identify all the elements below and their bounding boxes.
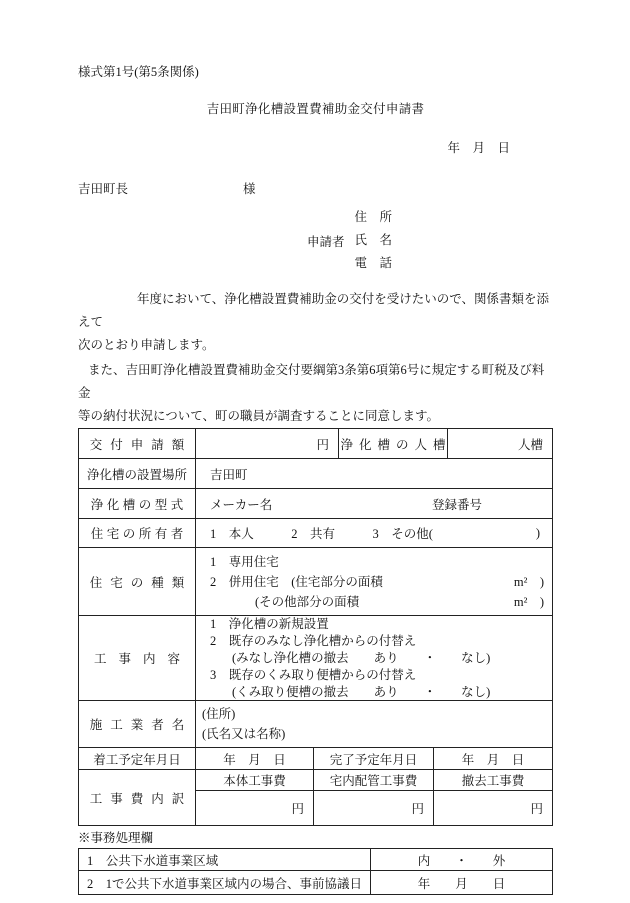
yen-unit: 円 — [316, 435, 329, 453]
model-label: 浄化槽の型式 — [79, 489, 196, 518]
work-content-row: 工事内容 1 浄化槽の新規設置 2 既存のみなし浄化槽からの付替え (みなし浄化… — [79, 616, 552, 701]
owner-close-paren: ) — [536, 526, 540, 541]
contractor-row: 施工業者名 (住所) (氏名又は名称) — [79, 701, 552, 748]
amount-label: 交付申請額 — [79, 429, 196, 458]
admin-row-2-value: 年 月 日 — [371, 871, 552, 894]
admin-table: 1 公共下水道事業区域 内 ・ 外 2 1で公共下水道事業区域内の場合、事前協議… — [78, 848, 553, 895]
start-date-field: 年 月 日 — [196, 748, 314, 769]
admin-row-1-label: 1 公共下水道事業区域 — [79, 849, 371, 870]
schedule-row: 着工予定年月日 年 月 日 完了予定年月日 年 月 日 — [79, 748, 552, 770]
owner-row: 住宅の所有者 1 本人 2 共有 3 その他( ) — [79, 519, 552, 548]
admin-row-2-label: 2 1で公共下水道事業区域内の場合、事前協議日 — [79, 871, 371, 894]
maker-name-label: メーカー名 — [210, 495, 272, 513]
work-option-2: 2 既存のみなし浄化槽からの付替え — [210, 633, 490, 650]
admin-row-sewer-area: 1 公共下水道事業区域 内 ・ 外 — [79, 849, 552, 871]
application-table: 交付申請額 円 浄化槽の人槽 人槽 浄化槽の設置場所 吉田町 浄化槽の型式 メー… — [78, 428, 553, 826]
work-content-options: 1 浄化槽の新規設置 2 既存のみなし浄化槽からの付替え (みなし浄化槽の撤去 … — [196, 616, 552, 700]
applicant-label: 申請者 — [307, 232, 345, 250]
work-option-2-detail: (みなし浄化槽の撤去 あり ・ なし) — [232, 650, 490, 667]
location-value: 吉田町 — [210, 465, 248, 483]
applicant-phone-label: 電 話 — [355, 252, 393, 275]
cost-breakdown-row: 工事費内訳 本体工事費 宅内配管工事費 撤去工事費 円 円 円 — [79, 770, 552, 825]
cost-header-main: 本体工事費 — [196, 770, 314, 791]
house-type-label: 住宅の種類 — [79, 548, 196, 615]
cost-breakdown-label: 工事費内訳 — [79, 770, 196, 825]
form-title: 吉田町浄化槽設置費補助金交付申請書 — [78, 101, 553, 117]
contractor-address-label: (住所) — [202, 704, 544, 724]
application-statement: 年度において、浄化槽設置費補助金の交付を受けたいので、関係書類を添えて 次のとお… — [78, 288, 553, 357]
applicant-block: 申請者 住 所 氏 名 電 話 — [307, 206, 553, 275]
house-type-options: 1 専用住宅 2 併用住宅 (住宅部分の面積m² ) (その他部分の面積m² ) — [196, 548, 552, 615]
application-statement-line1: 年度において、浄化槽設置費補助金の交付を受けたいので、関係書類を添えて — [78, 288, 553, 334]
finish-date-field: 年 月 日 — [434, 748, 552, 769]
capacity-field: 人槽 — [448, 429, 552, 458]
application-statement-line2: 次のとおり申請します。 — [78, 334, 553, 357]
admin-row-consultation-date: 2 1で公共下水道事業区域内の場合、事前協議日 年 月 日 — [79, 871, 552, 894]
amount-row: 交付申請額 円 浄化槽の人槽 人槽 — [79, 429, 552, 459]
house-area-unit-1: m² ) — [514, 572, 544, 592]
house-option-2: 2 併用住宅 (住宅部分の面積m² ) — [210, 572, 544, 592]
form-page: 様式第1号(第5条関係) 吉田町浄化槽設置費補助金交付申請書 年 月 日 吉田町… — [0, 0, 630, 903]
form-number: 様式第1号(第5条関係) — [78, 64, 553, 80]
finish-date-label: 完了予定年月日 — [314, 748, 434, 769]
applicant-fields: 住 所 氏 名 電 話 — [355, 206, 393, 275]
honorific-sama: 様 — [243, 181, 256, 197]
model-row: 浄化槽の型式 メーカー名 登録番号 — [79, 489, 552, 519]
applicant-address-label: 住 所 — [355, 206, 393, 229]
house-area-unit-2: m² ) — [514, 592, 544, 612]
registration-number-label: 登録番号 — [432, 495, 482, 513]
applicant-name-label: 氏 名 — [355, 229, 393, 252]
consent-statement-line1: また、吉田町浄化槽設置費補助金交付要綱第3条第6項第6号に規定する町税及び料金 — [78, 359, 553, 405]
cost-header-piping: 宅内配管工事費 — [314, 770, 434, 791]
cost-breakdown-grid: 本体工事費 宅内配管工事費 撤去工事費 円 円 円 — [196, 770, 552, 825]
addressee: 吉田町長 — [78, 181, 128, 197]
addressee-line: 吉田町長 様 — [78, 181, 553, 197]
cost-value-main: 円 — [196, 791, 314, 825]
form-content: 様式第1号(第5条関係) 吉田町浄化槽設置費補助金交付申請書 年 月 日 吉田町… — [0, 0, 630, 895]
work-option-3-detail: (くみ取り便槽の撤去 あり ・ なし) — [232, 684, 490, 701]
location-field: 吉田町 — [196, 459, 552, 488]
work-content-label: 工事内容 — [79, 616, 196, 700]
house-type-row: 住宅の種類 1 専用住宅 2 併用住宅 (住宅部分の面積m² ) (その他部分の… — [79, 548, 552, 616]
owner-options-text: 1 本人 2 共有 3 その他( — [210, 524, 433, 542]
admin-section-title: ※事務処理欄 — [78, 831, 553, 845]
capacity-unit: 人槽 — [518, 435, 543, 453]
owner-label: 住宅の所有者 — [79, 519, 196, 547]
cost-header-removal: 撤去工事費 — [434, 770, 552, 791]
consent-statement: また、吉田町浄化槽設置費補助金交付要綱第3条第6項第6号に規定する町税及び料金 … — [78, 359, 553, 428]
contractor-label: 施工業者名 — [79, 701, 196, 747]
cost-value-piping: 円 — [314, 791, 434, 825]
house-option-2b: (その他部分の面積m² ) — [210, 592, 544, 612]
contractor-field: (住所) (氏名又は名称) — [196, 701, 552, 747]
capacity-label: 浄化槽の人槽 — [339, 429, 448, 458]
cost-value-removal: 円 — [434, 791, 552, 825]
admin-row-1-value: 内 ・ 外 — [371, 849, 552, 870]
work-option-1: 1 浄化槽の新規設置 — [210, 616, 490, 633]
start-date-label: 着工予定年月日 — [79, 748, 196, 769]
model-field: メーカー名 登録番号 — [196, 489, 552, 518]
owner-options: 1 本人 2 共有 3 その他( ) — [196, 519, 552, 547]
date-line: 年 月 日 — [78, 140, 553, 156]
amount-field: 円 — [196, 429, 339, 458]
consent-statement-line2: 等の納付状況について、町の職員が調査することに同意します。 — [78, 405, 553, 428]
work-option-3: 3 既存のくみ取り便槽からの付替え — [210, 667, 490, 684]
house-option-1: 1 専用住宅 — [210, 552, 544, 572]
location-label: 浄化槽の設置場所 — [79, 459, 196, 488]
location-row: 浄化槽の設置場所 吉田町 — [79, 459, 552, 489]
contractor-name-label: (氏名又は名称) — [202, 724, 544, 744]
